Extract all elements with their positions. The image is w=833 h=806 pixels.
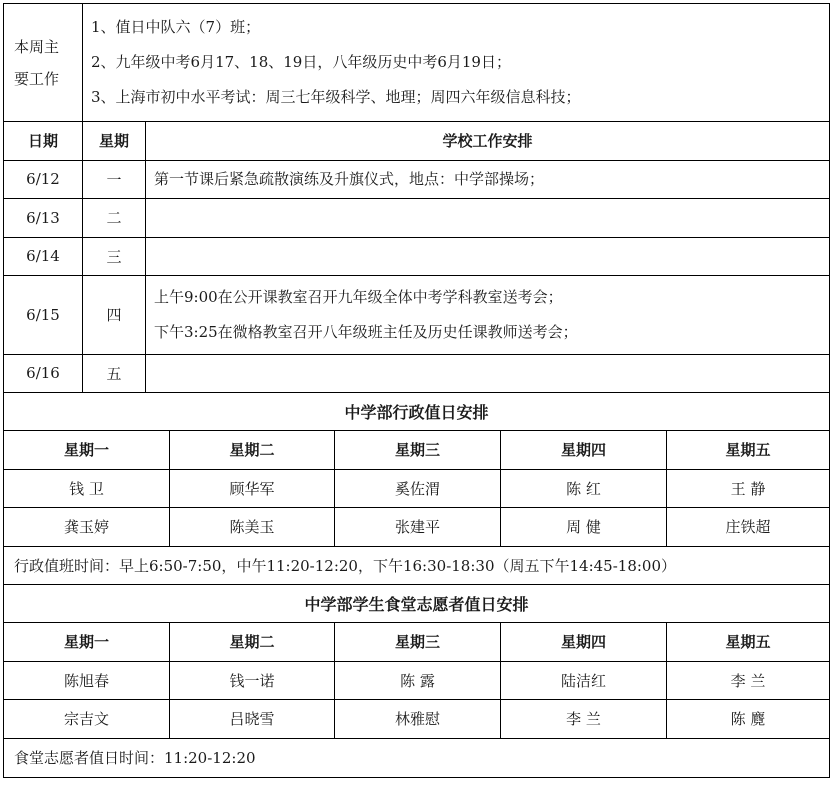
schedule-row: 6/13 二: [4, 199, 830, 238]
schedule-items: [146, 354, 830, 393]
duty-name: 顾华军: [170, 469, 335, 508]
schedule-header-row: 日期 星期 学校工作安排: [4, 122, 830, 161]
header-wednesday: 星期三: [335, 431, 501, 470]
duty-name: 奚佐渭: [335, 469, 501, 508]
admin-duty-title: 中学部行政值日安排: [4, 392, 830, 431]
volunteer-name: 钱一诺: [170, 661, 335, 700]
volunteer-name: 陈旭春: [4, 661, 170, 700]
weekly-focus-label-line1: 本周主: [14, 31, 82, 63]
header-tuesday: 星期二: [170, 623, 335, 662]
duty-name: 张建平: [335, 508, 501, 547]
volunteer-name: 吕晓雪: [170, 700, 335, 739]
admin-duty-row: 钱 卫 顾华军 奚佐渭 陈 红 王 静: [4, 469, 830, 508]
volunteer-name: 林雅慰: [335, 700, 501, 739]
header-friday: 星期五: [667, 431, 830, 470]
cafeteria-duty-row: 宗吉文 吕晓雪 林雅慰 李 兰 陈 麑: [4, 700, 830, 739]
duty-name: 陈美玉: [170, 508, 335, 547]
cafeteria-duty-title-row: 中学部学生食堂志愿者值日安排: [4, 584, 830, 623]
admin-duty-row: 龚玉婷 陈美玉 张建平 周 健 庄铁超: [4, 508, 830, 547]
schedule-items: [146, 199, 830, 238]
duty-name: 庄铁超: [667, 508, 830, 547]
schedule-items: [146, 237, 830, 276]
schedule-item: 第一节课后紧急疏散演练及升旗仪式，地点：中学部操场；: [146, 162, 829, 197]
cafeteria-duty-note-row: 食堂志愿者值日时间：11:20-12:20: [4, 738, 830, 778]
schedule-date: 6/16: [4, 354, 83, 393]
weekly-focus-label-line2: 要工作: [14, 63, 82, 95]
schedule-row: 6/15 四 上午9:00在公开课教室召开九年级全体中考学科教室送考会； 下午3…: [4, 276, 830, 355]
weekly-focus-item: 3、上海市初中水平考试：周三七年级科学、地理；周四六年级信息科技；: [83, 80, 829, 115]
header-wednesday: 星期三: [335, 623, 501, 662]
schedule-row: 6/14 三: [4, 237, 830, 276]
duty-name: 王 静: [667, 469, 830, 508]
schedule-weekday: 一: [83, 160, 146, 199]
header-monday: 星期一: [4, 623, 170, 662]
weekly-focus-items: 1、值日中队六（7）班； 2、九年级中考6月17、18、19日，八年级历史中考6…: [83, 4, 830, 122]
cafeteria-duty-note: 食堂志愿者值日时间：11:20-12:20: [4, 738, 830, 778]
admin-duty-note-row: 行政值班时间：早上6:50-7:50，中午11:20-12:20，下午16:30…: [4, 546, 830, 585]
schedule-row: 6/12 一 第一节课后紧急疏散演练及升旗仪式，地点：中学部操场；: [4, 160, 830, 199]
header-weekday: 星期: [83, 122, 146, 161]
schedule-date: 6/14: [4, 237, 83, 276]
schedule-weekday: 四: [83, 276, 146, 355]
cafeteria-duty-header-row: 星期一 星期二 星期三 星期四 星期五: [4, 623, 830, 662]
admin-duty-title-row: 中学部行政值日安排: [4, 392, 830, 431]
duty-name: 钱 卫: [4, 469, 170, 508]
weekly-focus-item: 2、九年级中考6月17、18、19日，八年级历史中考6月19日；: [83, 45, 829, 80]
weekly-focus-label: 本周主 要工作: [4, 4, 83, 122]
weekly-focus-row: 本周主 要工作 1、值日中队六（7）班； 2、九年级中考6月17、18、19日，…: [4, 4, 830, 122]
school-work-table: 本周主 要工作 1、值日中队六（7）班； 2、九年级中考6月17、18、19日，…: [3, 3, 830, 393]
volunteer-name: 陈 露: [335, 661, 501, 700]
schedule-row: 6/16 五: [4, 354, 830, 393]
schedule-items: 第一节课后紧急疏散演练及升旗仪式，地点：中学部操场；: [146, 160, 830, 199]
weekly-schedule-document: 本周主 要工作 1、值日中队六（7）班； 2、九年级中考6月17、18、19日，…: [3, 3, 830, 778]
volunteer-name: 宗吉文: [4, 700, 170, 739]
schedule-date: 6/15: [4, 276, 83, 355]
schedule-item: 上午9:00在公开课教室召开九年级全体中考学科教室送考会；: [146, 280, 829, 315]
schedule-weekday: 二: [83, 199, 146, 238]
header-monday: 星期一: [4, 431, 170, 470]
volunteer-name: 李 兰: [667, 661, 830, 700]
schedule-weekday: 五: [83, 354, 146, 393]
schedule-items: 上午9:00在公开课教室召开九年级全体中考学科教室送考会； 下午3:25在微格教…: [146, 276, 830, 355]
header-date: 日期: [4, 122, 83, 161]
admin-duty-note: 行政值班时间：早上6:50-7:50，中午11:20-12:20，下午16:30…: [4, 546, 830, 585]
schedule-weekday: 三: [83, 237, 146, 276]
schedule-item: 下午3:25在微格教室召开八年级班主任及历史任课教师送考会；: [146, 315, 829, 350]
cafeteria-duty-row: 陈旭春 钱一诺 陈 露 陆洁红 李 兰: [4, 661, 830, 700]
header-arrangement: 学校工作安排: [146, 122, 830, 161]
weekly-focus-item: 1、值日中队六（7）班；: [83, 10, 829, 45]
volunteer-name: 李 兰: [501, 700, 667, 739]
cafeteria-duty-title: 中学部学生食堂志愿者值日安排: [4, 584, 830, 623]
admin-duty-header-row: 星期一 星期二 星期三 星期四 星期五: [4, 431, 830, 470]
header-thursday: 星期四: [501, 431, 667, 470]
header-friday: 星期五: [667, 623, 830, 662]
cafeteria-duty-table: 中学部学生食堂志愿者值日安排 星期一 星期二 星期三 星期四 星期五 陈旭春 钱…: [3, 584, 830, 779]
volunteer-name: 陈 麑: [667, 700, 830, 739]
duty-name: 龚玉婷: [4, 508, 170, 547]
header-thursday: 星期四: [501, 623, 667, 662]
header-tuesday: 星期二: [170, 431, 335, 470]
schedule-date: 6/12: [4, 160, 83, 199]
duty-name: 周 健: [501, 508, 667, 547]
admin-duty-table: 中学部行政值日安排 星期一 星期二 星期三 星期四 星期五 钱 卫 顾华军 奚佐…: [3, 392, 830, 586]
volunteer-name: 陆洁红: [501, 661, 667, 700]
duty-name: 陈 红: [501, 469, 667, 508]
schedule-date: 6/13: [4, 199, 83, 238]
